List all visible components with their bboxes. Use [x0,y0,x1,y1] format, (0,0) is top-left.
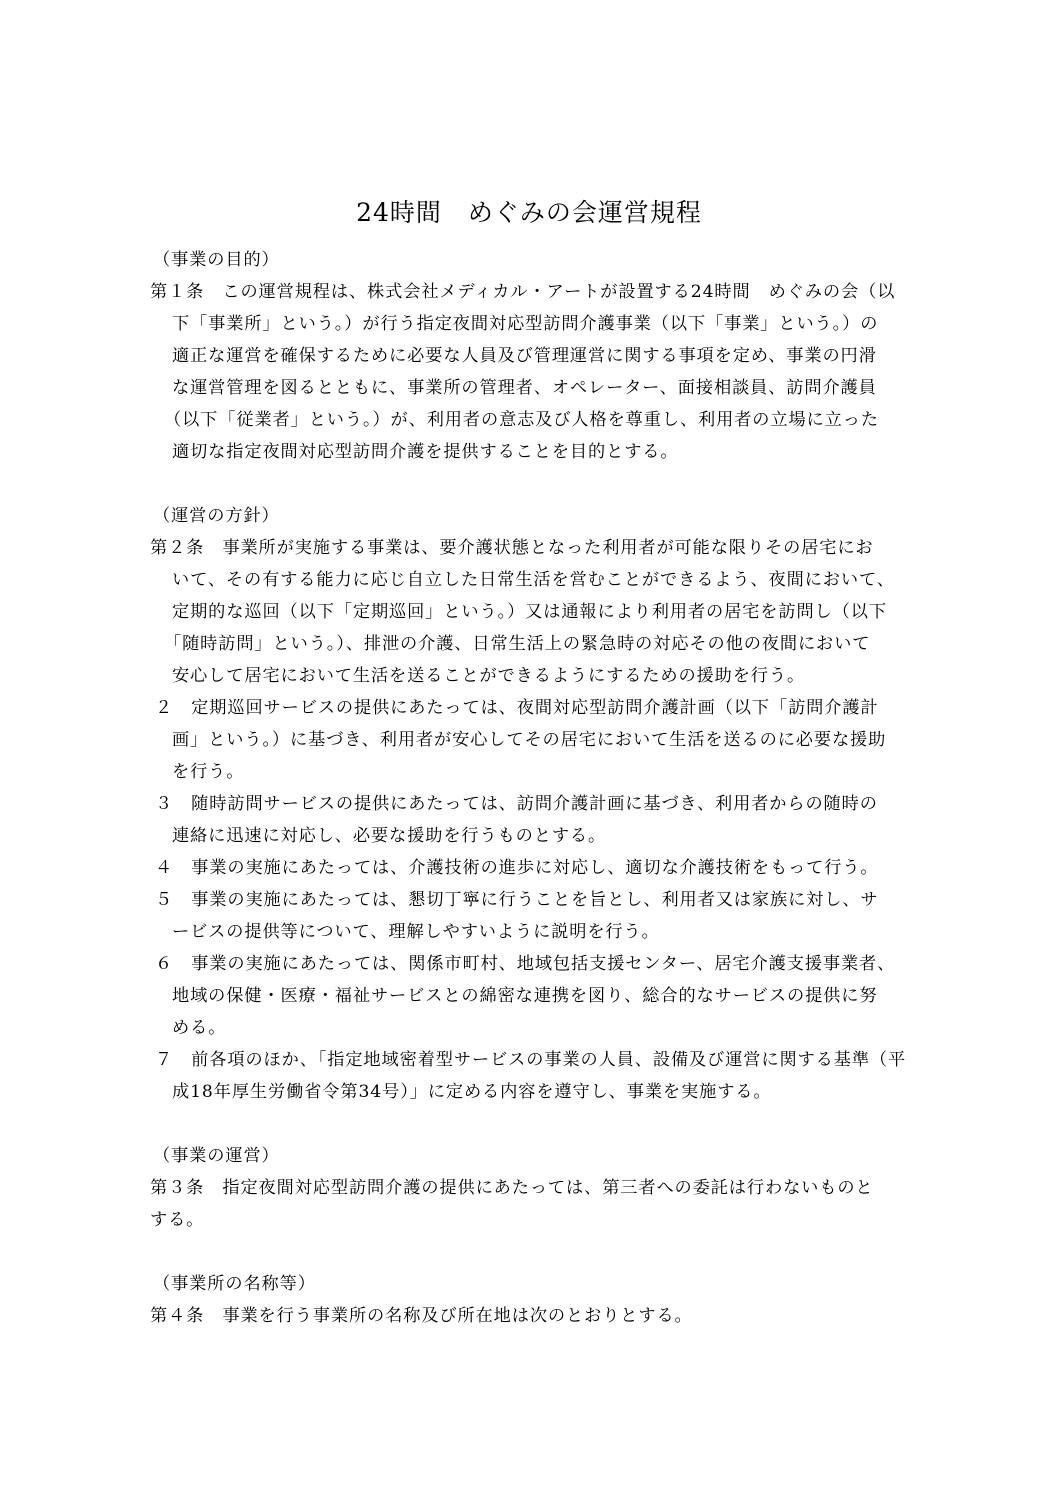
section-heading-purpose: （事業の目的） [153,248,280,272]
article-3-line: 第３条 指定夜間対応型訪問介護の提供にあたっては、第三者への委託は行わないものと [150,1176,874,1200]
article-1-line: 適正な運営を確保するために必要な人員及び管理運営に関する事項を定め、事業の円滑 [172,344,877,368]
article-1-line: 下「事業所」という。）が行う指定夜間対応型訪問介護事業（以下「事業」という。）の [172,312,878,336]
article-2-paragraph-6: める。 [172,1016,226,1040]
article-2-paragraph-5: ５ 事業の実施にあたっては、懇切丁寧に行うことを旨とし、利用者又は家族に対し、サ [155,888,879,912]
article-1-line: （以下「従業者」という。）が、利用者の意志及び人格を尊重し、利用者の立場に立った [164,408,879,432]
section-heading-policy: （運営の方針） [153,504,280,528]
article-2-paragraph-6: ６ 事業の実施にあたっては、関係市町村、地域包括支援センター、居宅介護支援事業者… [155,952,895,976]
article-2-paragraph-6: 地域の保健・医療・福祉サービスとの綿密な連携を図り、総合的なサービスの提供に努 [172,984,877,1008]
article-2-paragraph-7: ７ 前各項のほか、「指定地域密着型サービスの事業の人員、設備及び運営に関する基準… [155,1048,906,1072]
article-2-line: 「随時訪問」という。）、排泄の介護、日常生活上の緊急時の対応その他の夜間において [164,632,870,656]
article-2-line: 第２条 事業所が実施する事業は、要介護状態となった利用者が可能な限りその居宅にお [150,536,874,560]
article-1-line: な運営管理を図るとともに、事業所の管理者、オペレーター、面接相談員、訪問介護員 [172,376,877,400]
section-heading-operation: （事業の運営） [153,1144,280,1168]
article-2-paragraph-3: 連絡に迅速に対応し、必要な援助を行うものとする。 [172,824,606,848]
article-1-line: 第１条 この運営規程は、株式会社メディカル・アートが設置する24時間 めぐみの会… [150,280,895,304]
document-title: 24時間 めぐみの会運営規程 [0,196,1058,230]
article-1-line: 適切な指定夜間対応型訪問介護を提供することを目的とする。 [172,440,678,464]
article-2-paragraph-4: ４ 事業の実施にあたっては、介護技術の進歩に対応し、適切な介護技術をもって行う。 [155,856,879,880]
article-2-paragraph-5: ービスの提供等について、理解しやすいように説明を行う。 [172,920,660,944]
article-2-paragraph-2: ２ 定期巡回サービスの提供にあたっては、夜間対応型訪問介護計画（以下「訪問介護計 [155,696,879,720]
article-2-line: 定期的な巡回（以下「定期巡回」という。）又は通報により利用者の居宅を訪問し（以下 [172,600,887,624]
article-4-line: 第４条 事業を行う事業所の名称及び所在地は次のとおりとする。 [150,1304,693,1328]
article-2-paragraph-7: 成18年厚生労働省令第34号）」に定める内容を遵守し、事業を実施する。 [172,1080,771,1104]
document-page: 24時間 めぐみの会運営規程 （事業の目的） 第１条 この運営規程は、株式会社メ… [0,0,1058,1497]
article-2-paragraph-2: 画」という。）に基づき、利用者が安心してその居宅において生活を送るのに必要な援助 [172,728,886,752]
article-2-line: いて、その有する能力に応じ自立した日常生活を営むことができるよう、夜間において、 [172,568,895,592]
article-2-paragraph-3: ３ 随時訪問サービスの提供にあたっては、訪問介護計画に基づき、利用者からの随時の [155,792,878,816]
article-2-line: 安心して居宅において生活を送ることができるようにするための援助を行う。 [172,664,805,688]
section-heading-office-name: （事業所の名称等） [153,1272,316,1296]
article-3-line: する。 [150,1208,204,1232]
article-2-paragraph-2: を行う。 [172,760,244,784]
